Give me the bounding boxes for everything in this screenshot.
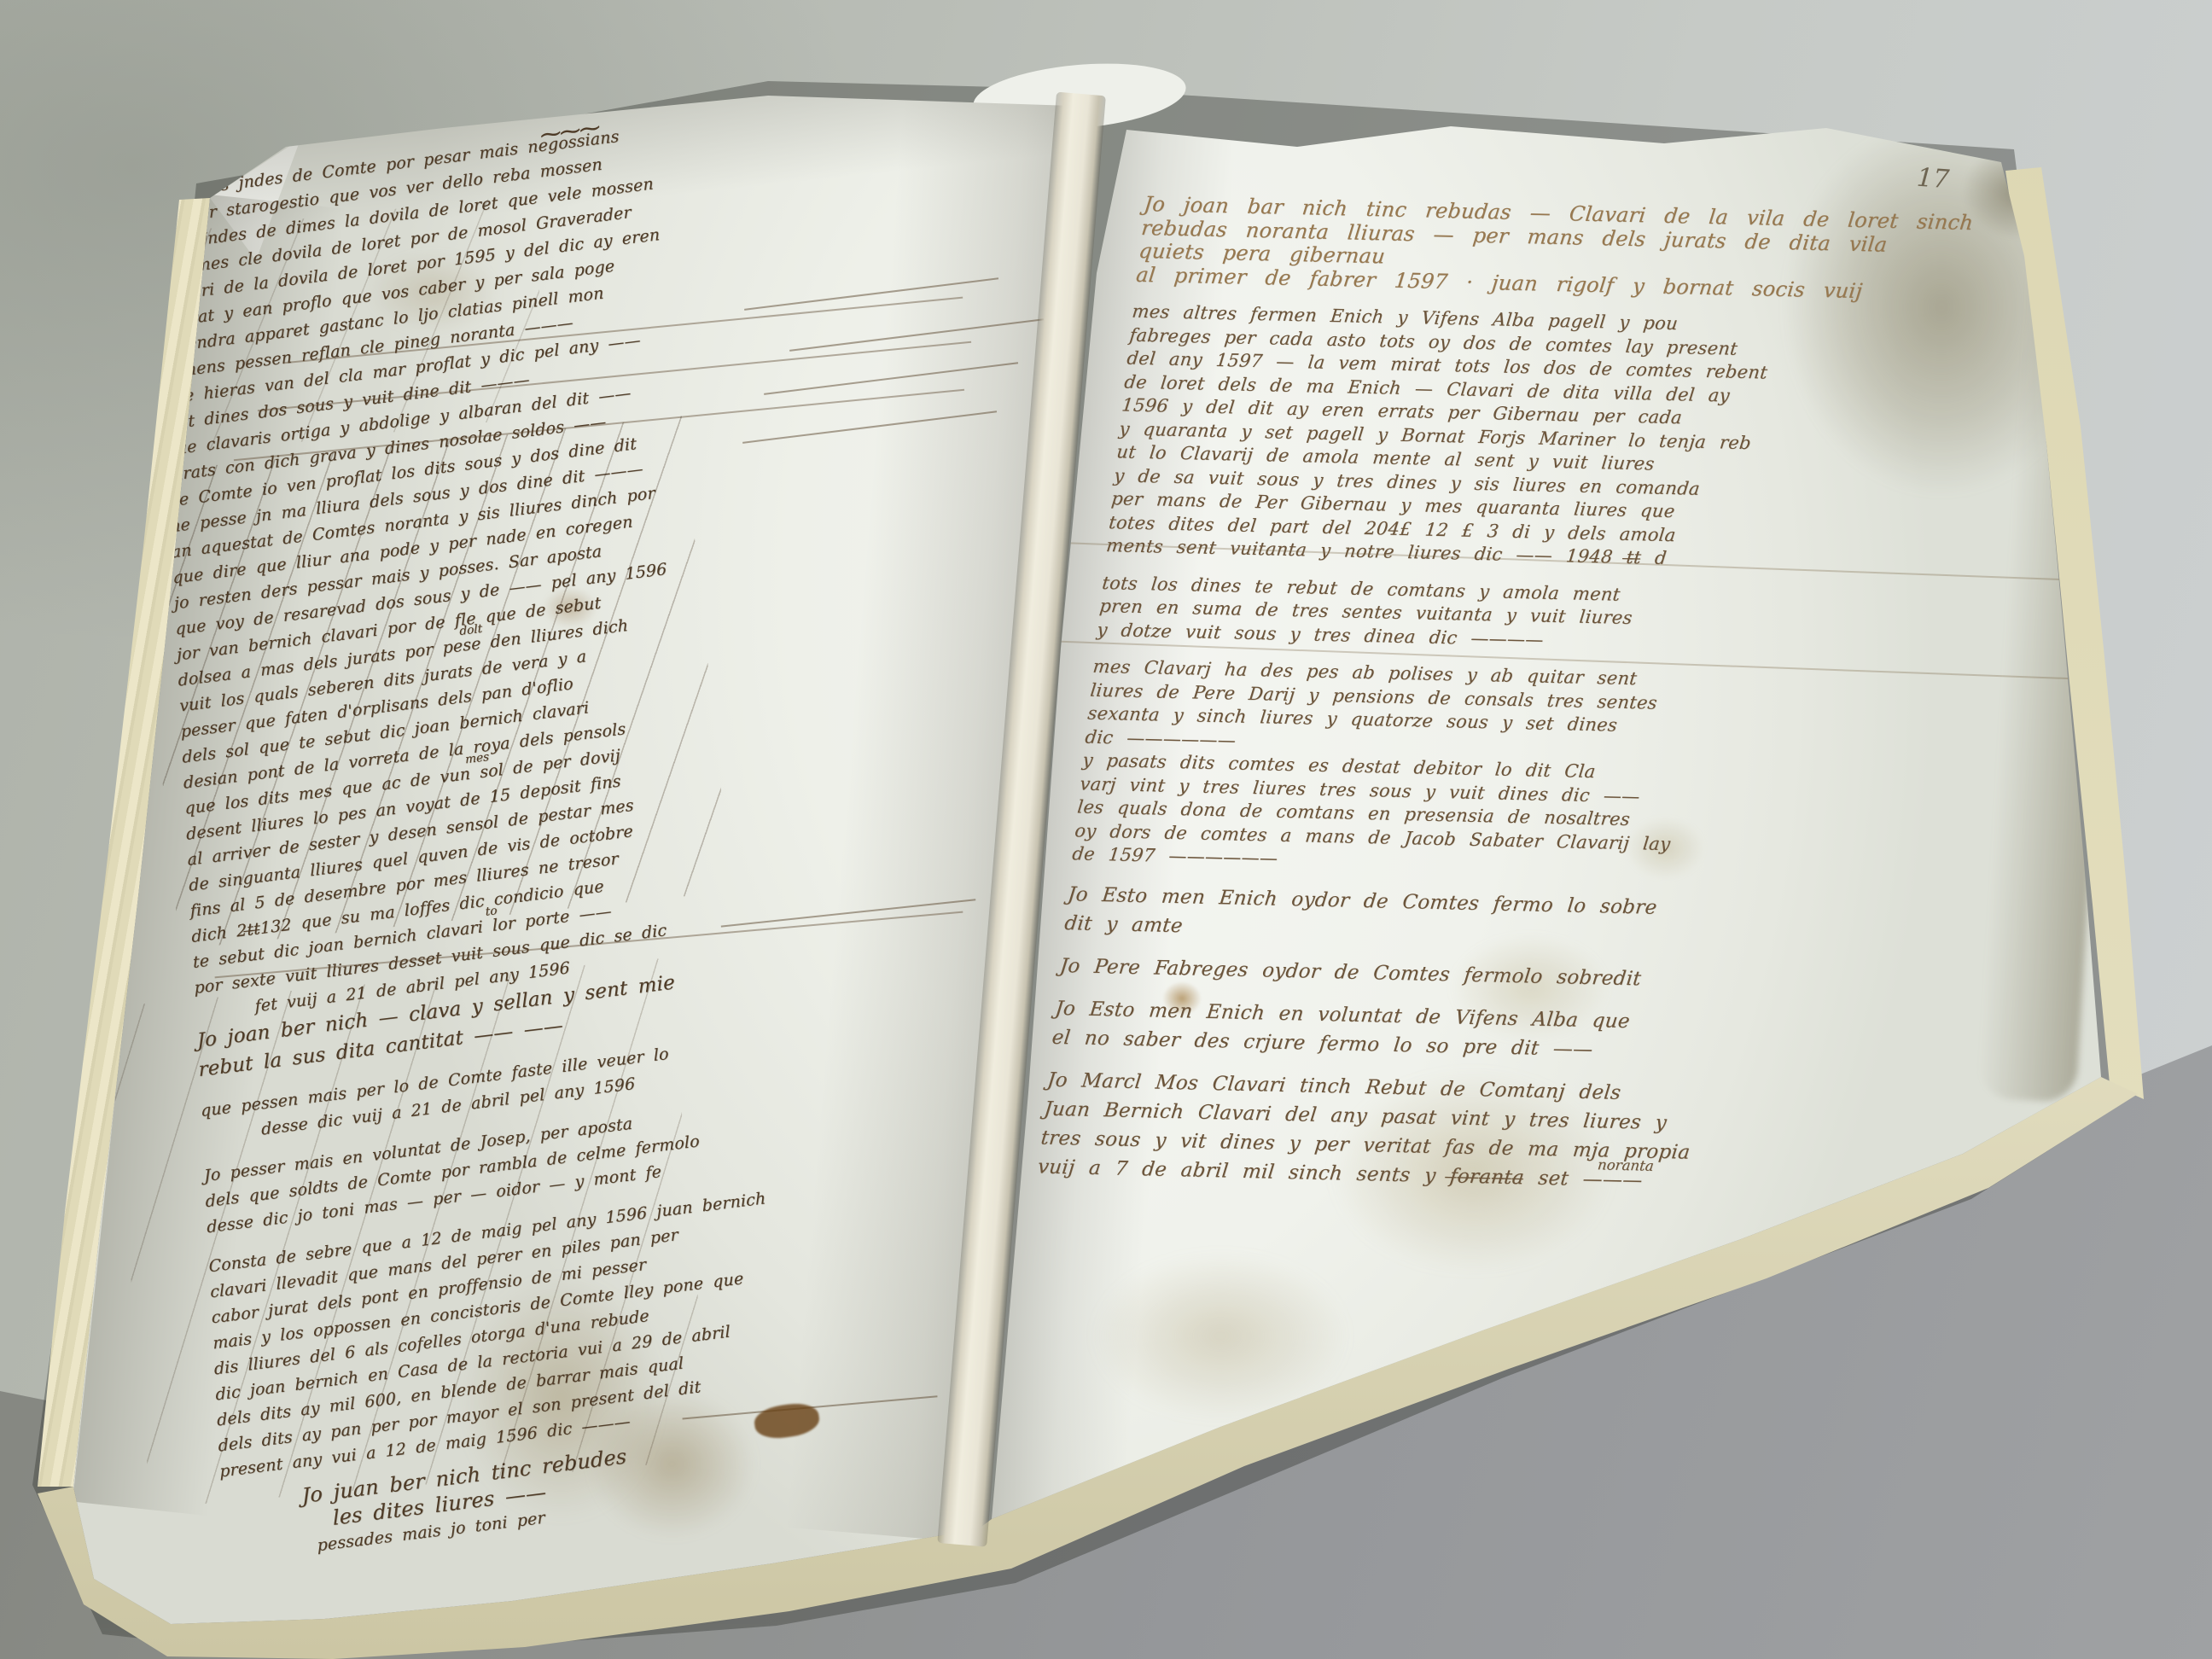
margin-amount <box>773 278 1027 305</box>
margin-amount <box>771 411 1026 438</box>
margin-amount <box>818 319 1073 346</box>
margin-amount <box>793 363 1047 389</box>
photo-manuscript-book-spread: ~~~ nosaltres jndes de Comte por pesar m… <box>0 0 2212 1659</box>
margin-amount <box>711 1398 966 1416</box>
